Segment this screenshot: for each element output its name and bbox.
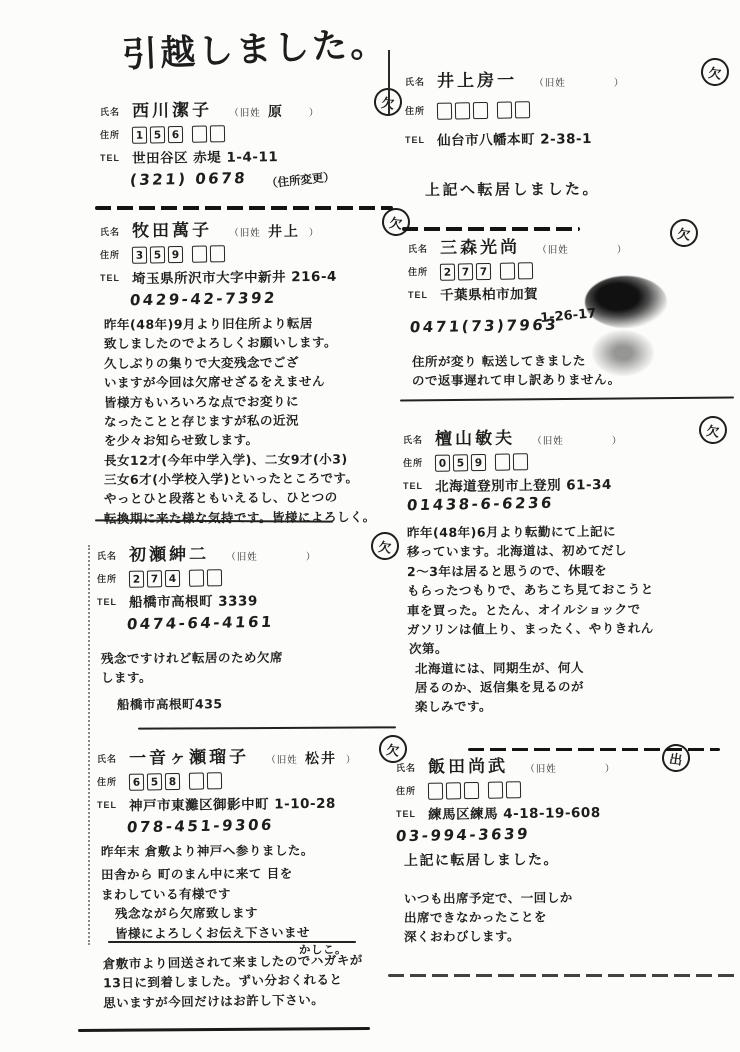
- address-row: 住所 0 5 9: [403, 452, 725, 471]
- message-line: 上記に転居しました。: [404, 849, 726, 873]
- postal-code-boxes: [428, 781, 521, 800]
- message-line: 移っています。北海道は、初めてだし: [407, 540, 725, 562]
- message-line: 次第。: [409, 637, 725, 659]
- message-line: 昨年末 倉敷より神戸へ参りました。: [101, 840, 405, 861]
- maiden-close-label: ）: [346, 755, 357, 766]
- postal-box: 6: [168, 126, 183, 143]
- postal-box: 2: [129, 571, 144, 588]
- tel-line: (321) 0678 （住所変更）: [130, 169, 400, 188]
- message-line: いつも出席予定で、一回しか: [404, 887, 726, 909]
- postal-box: 9: [471, 454, 486, 471]
- postal-code-boxes: 1 5 6: [132, 125, 225, 144]
- postal-box: [488, 782, 503, 799]
- notice-card-nishikawa: 欠 氏名 西川潔子 （旧姓 原 ） 住所 1 5 6 TEL 世田谷区 赤堤 1…: [100, 96, 400, 188]
- tel-line: 0474-64-4161: [127, 613, 397, 632]
- postal-box: 2: [440, 264, 455, 281]
- message-line: ので返事遅れて申し訳ありません。: [412, 369, 726, 391]
- maiden-field: （旧姓 ）: [523, 757, 617, 776]
- address-label: 住所: [100, 250, 120, 260]
- message-line: 転換期に来た様な気持です。皆様によろしく。: [104, 507, 408, 528]
- tel-value: 078-451-9306: [126, 816, 275, 837]
- notice-card-hatsuse: 欠 氏名 初瀬紳二 （旧姓 ） 住所 2 7 4 TEL 船橋市高根町 3339: [97, 540, 397, 713]
- scan-dots-vertical: [88, 545, 90, 945]
- postal-box: [497, 102, 512, 119]
- message-line: 致しましたのでよろしくお願いします。: [104, 332, 408, 353]
- tel-line: 03-994-3639: [396, 825, 726, 844]
- name-value: 井上房一: [437, 66, 517, 92]
- maiden-close-label: ）: [614, 78, 625, 89]
- address-value: 船橋市高根町 3339: [129, 589, 258, 611]
- tel-value: (321) 0678: [129, 169, 248, 189]
- message-line: 車を買った。とたん、オイルショックで: [407, 598, 725, 620]
- tel-label: TEL: [97, 800, 117, 810]
- postal-box: [428, 783, 443, 800]
- tel-row: TEL 神戸市東灘区御影中町 1-10-28: [97, 793, 405, 813]
- address-label: 住所: [408, 267, 428, 277]
- message-line: 田舎から 町のまん中に来て 目を: [101, 863, 405, 884]
- message-block: 昨年(48年)6月より転勤にて上記に 移っています。北海道は、初めてだし 2〜3…: [407, 522, 725, 716]
- address-label: 住所: [403, 458, 423, 468]
- maiden-field: （旧姓 井上 ）: [227, 221, 321, 240]
- message-line: 長女12才(今年中学入学)、二女9才(小3): [104, 449, 408, 470]
- notice-card-iida: 出 氏名 飯田尚武 （旧姓 ） 住所 TEL 練馬区練馬 4-18-19-608: [396, 752, 726, 946]
- message-block: 昨年(48年)9月より旧住所より転居 致しましたのでよろしくお願いします。 久し…: [104, 314, 408, 527]
- maiden-open-label: （旧姓: [534, 78, 566, 89]
- tel-row: TEL 仙台市八幡本町 2-38-1: [405, 128, 727, 148]
- name-label: 氏名: [396, 763, 416, 773]
- tel-value: 0474-64-4161: [126, 613, 275, 634]
- message-block: 上記に転居しました。 いつも出席予定で、一回しか 出席できなかったことを 深くお…: [404, 850, 726, 946]
- address-value: 練馬区練馬 4-18-19-608: [428, 801, 601, 823]
- tel-note: （住所変更）: [265, 168, 335, 191]
- address-row: 住所 1 5 6: [100, 124, 400, 143]
- postal-box: [464, 782, 479, 799]
- tel-label: TEL: [403, 481, 423, 491]
- postal-code-boxes: 2 7 7: [440, 262, 533, 281]
- message-line: 深くおわびします。: [404, 925, 726, 947]
- maiden-close-label: ）: [309, 228, 320, 239]
- name-label: 氏名: [100, 227, 120, 237]
- name-value: 三森光尚: [440, 233, 520, 259]
- attendance-mark-label: 欠: [705, 420, 721, 441]
- maiden-field: （旧姓 ）: [530, 429, 624, 448]
- postal-box: [189, 773, 204, 790]
- tel-value: 0471(73)7963: [409, 316, 559, 337]
- postal-code-boxes: 3 5 9: [132, 245, 225, 264]
- postal-box: [192, 246, 207, 263]
- maiden-open-label: （旧姓: [229, 228, 261, 239]
- postal-code-boxes: 0 5 9: [435, 453, 528, 472]
- name-label: 氏名: [97, 551, 117, 561]
- address-label: 住所: [97, 777, 117, 787]
- message-line: 2〜3年は居ると思うので、休暇を: [407, 560, 725, 582]
- postal-box: 7: [147, 570, 162, 587]
- postal-box: 7: [458, 263, 473, 280]
- message-line: 皆様によろしくお伝え下さいませ: [115, 921, 405, 942]
- name-value: 飯田尚武: [428, 752, 508, 778]
- postal-box: 5: [453, 454, 468, 471]
- scan-line: [468, 748, 720, 751]
- address-row: 住所: [405, 100, 727, 119]
- maiden-field: （旧姓 原 ）: [227, 101, 321, 120]
- maiden-value: 原: [268, 101, 302, 121]
- message-line: もらったつもりで、あちこち見ておこうと: [407, 579, 725, 601]
- message-line: 居るのか、返信集を見るのが: [415, 676, 725, 698]
- maiden-open-label: （旧姓: [266, 755, 298, 766]
- message-block: 残念ですけれど転居のため欠席 します。 船橋市高根町435: [101, 648, 397, 713]
- name-value: 西川潔子: [132, 96, 212, 122]
- postal-box: [210, 245, 225, 262]
- name-row: 氏名 牧田萬子 （旧姓 井上 ）: [100, 216, 408, 241]
- name-row: 氏名 初瀬紳二 （旧姓 ）: [97, 540, 397, 565]
- scan-line: [78, 1027, 370, 1032]
- notice-card-mimori: 欠 氏名 三森光尚 （旧姓 ） 住所 2 7 7 TEL 千葉県柏市加賀 1-2…: [408, 233, 726, 390]
- postal-box: [207, 772, 222, 789]
- address-row: 住所 3 5 9: [100, 244, 408, 263]
- note-line: 思いますが今回だけはお許し下さい。: [103, 988, 413, 1012]
- notice-card-danyama: 欠 氏名 檀山敏夫 （旧姓 ） 住所 0 5 9 TEL 北海道登別市上登別 6…: [403, 424, 725, 716]
- maiden-open-label: （旧姓: [226, 552, 258, 563]
- message-block: 住所が変り 転送してきました ので返事遅れて申し訳ありません。: [412, 351, 726, 390]
- postal-box: [446, 782, 461, 799]
- postal-box: [210, 125, 225, 142]
- postal-box: 5: [150, 126, 165, 143]
- message-line: 皆様方もいろいろな点でお変りに: [104, 390, 408, 411]
- scan-line: [388, 974, 736, 977]
- name-row: 氏名 檀山敏夫 （旧姓 ）: [403, 424, 725, 449]
- address-value: 千葉県柏市加賀: [440, 282, 538, 303]
- page-title: 引越しました。: [121, 16, 389, 78]
- scan-line: [402, 227, 580, 231]
- message-line: を少々お知らせ致します。: [104, 429, 408, 450]
- message-line: します。: [101, 666, 397, 687]
- tel-line: 0429-42-7392: [130, 289, 408, 308]
- postal-box: [207, 569, 222, 586]
- maiden-field: （旧姓 ）: [535, 238, 629, 257]
- name-value: 牧田萬子: [132, 216, 212, 242]
- postal-box: 1: [132, 127, 147, 144]
- maiden-close-label: ）: [612, 436, 623, 447]
- scan-line: [95, 206, 393, 210]
- message-line: 昨年(48年)9月より旧住所より転居: [104, 313, 408, 334]
- address-row: 住所: [396, 780, 726, 799]
- tel-value: 0429-42-7392: [129, 289, 278, 310]
- name-label: 氏名: [405, 77, 425, 87]
- postal-box: 5: [150, 246, 165, 263]
- tel-label: TEL: [100, 273, 120, 283]
- name-label: 氏名: [100, 107, 120, 117]
- postal-box: [473, 102, 488, 119]
- tel-line: 01438-6-6236: [407, 494, 725, 513]
- scan-line-vertical: [388, 50, 390, 116]
- notice-card-inoue: 欠 氏名 井上房一 （旧姓 ） 住所 TEL 仙台市八幡本町 2-38-1: [405, 66, 727, 201]
- message-line: 上記へ転居しました。: [425, 177, 727, 202]
- maiden-field: （旧姓 松井 ）: [264, 748, 358, 767]
- maiden-value: 井上: [268, 221, 302, 241]
- tel-line: 078-451-9306: [127, 816, 405, 835]
- address-label: 住所: [100, 130, 120, 140]
- maiden-field: （旧姓 ）: [532, 71, 626, 90]
- postal-box: [455, 102, 470, 119]
- tel-row: TEL 練馬区練馬 4-18-19-608: [396, 802, 726, 822]
- postal-box: [192, 126, 207, 143]
- message-line: なったことと存じますが私の近況: [104, 410, 408, 431]
- postal-box: 0: [435, 455, 450, 472]
- tel-label: TEL: [408, 290, 428, 300]
- attendance-mark-label: 欠: [707, 62, 723, 83]
- maiden-open-label: （旧姓: [229, 108, 261, 119]
- message-line: 三女6才(小学校入学)といったところです。: [104, 468, 408, 489]
- postal-box: [500, 263, 515, 280]
- forwarding-note: 倉敷市より回送されて来ましたのでハガキが 13日に到着しました。ずい分おくれると…: [103, 951, 413, 1012]
- maiden-close-label: ）: [617, 245, 628, 256]
- attendance-mark-label: 欠: [676, 223, 692, 244]
- message-line: 北海道には、同期生が、何人: [415, 657, 725, 679]
- address-label: 住所: [405, 106, 425, 116]
- name-label: 氏名: [97, 754, 117, 764]
- name-label: 氏名: [408, 244, 428, 254]
- message-line: いますが今回は欠席せざるをえません: [104, 371, 408, 392]
- scan-line: [108, 941, 356, 943]
- maiden-close-label: ）: [306, 552, 317, 563]
- postal-box: 9: [168, 246, 183, 263]
- message-line: 船橋市高根町435: [117, 693, 397, 714]
- address-label: 住所: [97, 574, 117, 584]
- message-line: 残念ながら欠席致します: [115, 902, 405, 923]
- maiden-value: 松井: [305, 748, 339, 768]
- maiden-field: （旧姓 ）: [224, 545, 318, 564]
- tel-row: TEL 埼玉県所沢市大字中新井 216-4: [100, 266, 408, 286]
- name-row: 氏名 一音ヶ瀬瑠子 （旧姓 松井 ）: [97, 743, 405, 768]
- name-row: 氏名 井上房一 （旧姓 ）: [405, 66, 727, 91]
- address-row: 住所 2 7 4: [97, 568, 397, 587]
- address-value: 神戸市東灘区御影中町 1-10-28: [129, 792, 336, 815]
- tel-label: TEL: [97, 597, 117, 607]
- scan-line: [400, 397, 734, 402]
- postal-box: [437, 103, 452, 120]
- tel-label: TEL: [396, 809, 416, 819]
- tel-label: TEL: [405, 135, 425, 145]
- postal-box: [515, 101, 530, 118]
- postal-code-boxes: 2 7 4: [129, 569, 222, 588]
- scan-line: [138, 726, 396, 729]
- postal-box: 8: [165, 773, 180, 790]
- tel-row: TEL 北海道登別市上登別 61-34: [403, 474, 725, 494]
- maiden-open-label: （旧姓: [525, 764, 557, 775]
- notice-card-makita: 欠 氏名 牧田萬子 （旧姓 井上 ） 住所 3 5 9 TEL 埼玉県所沢市大字…: [100, 216, 408, 527]
- name-value: 檀山敏夫: [435, 424, 515, 450]
- postal-box: [513, 453, 528, 470]
- postal-box: [189, 570, 204, 587]
- postal-box: 3: [132, 247, 147, 264]
- tel-value: 01438-6-6236: [406, 494, 555, 515]
- postal-box: 5: [147, 773, 162, 790]
- message-block: 上記へ転居しました。: [425, 178, 727, 201]
- postal-box: 7: [476, 263, 491, 280]
- tel-label: TEL: [100, 153, 120, 163]
- scanned-page: 引越しました。 欠 氏名 西川潔子 （旧姓 原 ） 住所 1 5 6 TEL 世: [0, 0, 740, 1052]
- attendance-mark-label: 欠: [377, 536, 393, 557]
- maiden-close-label: ）: [309, 108, 320, 119]
- name-value: 初瀬紳二: [129, 540, 209, 566]
- tel-row: TEL 世田谷区 赤堤 1-4-11: [100, 146, 400, 166]
- ink-smudge: [585, 276, 667, 328]
- message-line: 残念ですけれど転居のため欠席: [101, 647, 397, 668]
- name-value: 一音ヶ瀬瑠子: [129, 742, 249, 768]
- postal-code-boxes: 6 5 8: [129, 772, 222, 791]
- address-value: 北海道登別市上登別 61-34: [435, 473, 612, 495]
- message-line: 楽しみです。: [415, 695, 725, 717]
- postal-box: [518, 262, 533, 279]
- ink-smudge: [592, 330, 654, 376]
- maiden-open-label: （旧姓: [537, 245, 569, 256]
- address-label: 住所: [396, 786, 416, 796]
- address-value: 仙台市八幡本町 2-38-1: [437, 127, 592, 149]
- name-label: 氏名: [403, 435, 423, 445]
- postal-box: 4: [165, 570, 180, 587]
- address-row: 住所 6 5 8: [97, 771, 405, 790]
- message-line: 久しぶりの集りで大変残念でござ: [104, 352, 408, 373]
- postal-code-boxes: [437, 101, 530, 120]
- postal-box: 6: [129, 774, 144, 791]
- tel-row: TEL 船橋市高根町 3339: [97, 590, 397, 610]
- tel-value: 03-994-3639: [395, 825, 531, 845]
- maiden-close-label: ）: [605, 764, 616, 775]
- name-row: 氏名 西川潔子 （旧姓 原 ）: [100, 96, 400, 121]
- address-row: 住所 2 7 7: [408, 261, 726, 280]
- postal-box: [506, 781, 521, 798]
- address-value: 埼玉県所沢市大字中新井 216-4: [132, 265, 337, 288]
- maiden-open-label: （旧姓: [532, 436, 564, 447]
- message-line: まわしている有様です: [101, 883, 405, 904]
- message-line: ガソリンは値上り、まったく、やりきれん: [407, 618, 725, 640]
- postal-box: [495, 454, 510, 471]
- message-line: やっとひと段落ともいえるし、ひとつの: [104, 487, 408, 508]
- address-value: 世田谷区 赤堤 1-4-11: [132, 145, 278, 167]
- notice-card-ichinose: 欠 氏名 一音ヶ瀬瑠子 （旧姓 松井 ） 住所 6 5 8 TEL 神戸市東灘区…: [97, 743, 405, 960]
